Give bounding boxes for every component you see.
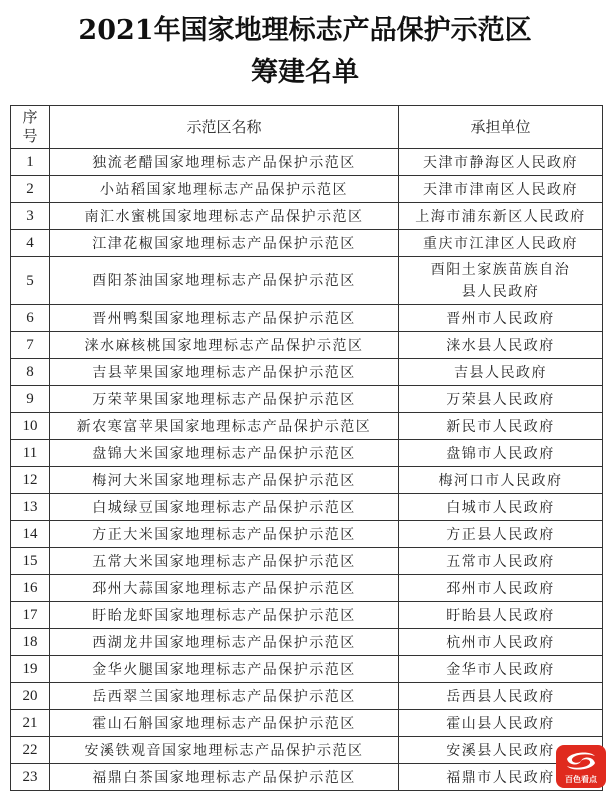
row-zone-name: 方正大米国家地理标志产品保护示范区 <box>50 521 399 548</box>
header-zone-name: 示范区名称 <box>50 106 399 149</box>
row-responsible-unit: 新民市人民政府 <box>399 413 603 440</box>
row-zone-name: 吉县苹果国家地理标志产品保护示范区 <box>50 359 399 386</box>
table-row: 6晋州鸭梨国家地理标志产品保护示范区晋州市人民政府 <box>11 305 603 332</box>
row-serial-number: 12 <box>11 467 50 494</box>
row-zone-name: 邳州大蒜国家地理标志产品保护示范区 <box>50 575 399 602</box>
table-row: 10新农寒富苹果国家地理标志产品保护示范区新民市人民政府 <box>11 413 603 440</box>
row-responsible-unit: 梅河口市人民政府 <box>399 467 603 494</box>
table-row: 7涞水麻核桃国家地理标志产品保护示范区涞水县人民政府 <box>11 332 603 359</box>
row-serial-number: 8 <box>11 359 50 386</box>
row-serial-number: 20 <box>11 683 50 710</box>
table-row: 23福鼎白茶国家地理标志产品保护示范区福鼎市人民政府 <box>11 764 603 791</box>
table-row: 11盘锦大米国家地理标志产品保护示范区盘锦市人民政府 <box>11 440 603 467</box>
row-responsible-unit: 岳西县人民政府 <box>399 683 603 710</box>
table-row: 12梅河大米国家地理标志产品保护示范区梅河口市人民政府 <box>11 467 603 494</box>
row-serial-number: 13 <box>11 494 50 521</box>
row-serial-number: 11 <box>11 440 50 467</box>
table-row: 16邳州大蒜国家地理标志产品保护示范区邳州市人民政府 <box>11 575 603 602</box>
row-zone-name: 小站稻国家地理标志产品保护示范区 <box>50 176 399 203</box>
header-serial-number: 序号 <box>11 106 50 149</box>
table-row: 14方正大米国家地理标志产品保护示范区方正县人民政府 <box>11 521 603 548</box>
row-responsible-unit: 晋州市人民政府 <box>399 305 603 332</box>
row-responsible-unit: 白城市人民政府 <box>399 494 603 521</box>
row-serial-number: 9 <box>11 386 50 413</box>
row-responsible-unit: 涞水县人民政府 <box>399 332 603 359</box>
row-serial-number: 19 <box>11 656 50 683</box>
row-zone-name: 江津花椒国家地理标志产品保护示范区 <box>50 230 399 257</box>
row-responsible-unit: 霍山县人民政府 <box>399 710 603 737</box>
table-row: 22安溪铁观音国家地理标志产品保护示范区安溪县人民政府 <box>11 737 603 764</box>
row-zone-name: 独流老醋国家地理标志产品保护示范区 <box>50 149 399 176</box>
table-row: 3南汇水蜜桃国家地理标志产品保护示范区上海市浦东新区人民政府 <box>11 203 603 230</box>
table-row: 17盱眙龙虾国家地理标志产品保护示范区盱眙县人民政府 <box>11 602 603 629</box>
row-responsible-unit: 金华市人民政府 <box>399 656 603 683</box>
row-serial-number: 17 <box>11 602 50 629</box>
table-row: 19金华火腿国家地理标志产品保护示范区金华市人民政府 <box>11 656 603 683</box>
table-row: 20岳西翠兰国家地理标志产品保护示范区岳西县人民政府 <box>11 683 603 710</box>
row-serial-number: 3 <box>11 203 50 230</box>
row-responsible-unit: 吉县人民政府 <box>399 359 603 386</box>
row-responsible-unit: 万荣县人民政府 <box>399 386 603 413</box>
swirl-logo-icon <box>564 750 598 772</box>
table-row: 2小站稻国家地理标志产品保护示范区天津市津南区人民政府 <box>11 176 603 203</box>
table-row: 4江津花椒国家地理标志产品保护示范区重庆市江津区人民政府 <box>11 230 603 257</box>
table-header-row: 序号 示范区名称 承担单位 <box>11 106 603 149</box>
row-responsible-unit: 重庆市江津区人民政府 <box>399 230 603 257</box>
row-responsible-unit: 五常市人民政府 <box>399 548 603 575</box>
table-row: 5酉阳茶油国家地理标志产品保护示范区酉阳土家族苗族自治县人民政府 <box>11 257 603 305</box>
header-responsible-unit: 承担单位 <box>399 106 603 149</box>
row-responsible-unit: 盘锦市人民政府 <box>399 440 603 467</box>
row-serial-number: 10 <box>11 413 50 440</box>
row-zone-name: 盱眙龙虾国家地理标志产品保护示范区 <box>50 602 399 629</box>
row-serial-number: 22 <box>11 737 50 764</box>
row-zone-name: 金华火腿国家地理标志产品保护示范区 <box>50 656 399 683</box>
row-serial-number: 6 <box>11 305 50 332</box>
row-zone-name: 梅河大米国家地理标志产品保护示范区 <box>50 467 399 494</box>
row-responsible-unit: 酉阳土家族苗族自治县人民政府 <box>399 257 603 305</box>
watermark-logo: 百色看点 <box>556 745 606 788</box>
row-serial-number: 23 <box>11 764 50 791</box>
row-serial-number: 14 <box>11 521 50 548</box>
row-zone-name: 盘锦大米国家地理标志产品保护示范区 <box>50 440 399 467</box>
row-responsible-unit: 盱眙县人民政府 <box>399 602 603 629</box>
table-row: 1独流老醋国家地理标志产品保护示范区天津市静海区人民政府 <box>11 149 603 176</box>
row-responsible-unit: 杭州市人民政府 <box>399 629 603 656</box>
row-serial-number: 16 <box>11 575 50 602</box>
row-zone-name: 涞水麻核桃国家地理标志产品保护示范区 <box>50 332 399 359</box>
document-title-line1: 2021年国家地理标志产品保护示范区 <box>0 8 610 47</box>
table-row: 8吉县苹果国家地理标志产品保护示范区吉县人民政府 <box>11 359 603 386</box>
row-serial-number: 7 <box>11 332 50 359</box>
row-zone-name: 霍山石斛国家地理标志产品保护示范区 <box>50 710 399 737</box>
row-zone-name: 南汇水蜜桃国家地理标志产品保护示范区 <box>50 203 399 230</box>
row-zone-name: 晋州鸭梨国家地理标志产品保护示范区 <box>50 305 399 332</box>
table-row: 21霍山石斛国家地理标志产品保护示范区霍山县人民政府 <box>11 710 603 737</box>
row-responsible-unit: 邳州市人民政府 <box>399 575 603 602</box>
table-row: 18西湖龙井国家地理标志产品保护示范区杭州市人民政府 <box>11 629 603 656</box>
table-row: 13白城绿豆国家地理标志产品保护示范区白城市人民政府 <box>11 494 603 521</box>
row-zone-name: 安溪铁观音国家地理标志产品保护示范区 <box>50 737 399 764</box>
row-zone-name: 福鼎白茶国家地理标志产品保护示范区 <box>50 764 399 791</box>
row-responsible-unit: 上海市浦东新区人民政府 <box>399 203 603 230</box>
demonstration-zone-table: 序号 示范区名称 承担单位 1独流老醋国家地理标志产品保护示范区天津市静海区人民… <box>10 105 603 791</box>
row-zone-name: 万荣苹果国家地理标志产品保护示范区 <box>50 386 399 413</box>
row-responsible-unit: 天津市津南区人民政府 <box>399 176 603 203</box>
row-serial-number: 1 <box>11 149 50 176</box>
table-row: 15五常大米国家地理标志产品保护示范区五常市人民政府 <box>11 548 603 575</box>
row-serial-number: 21 <box>11 710 50 737</box>
row-responsible-unit: 方正县人民政府 <box>399 521 603 548</box>
table-row: 9万荣苹果国家地理标志产品保护示范区万荣县人民政府 <box>11 386 603 413</box>
row-zone-name: 西湖龙井国家地理标志产品保护示范区 <box>50 629 399 656</box>
row-serial-number: 4 <box>11 230 50 257</box>
row-serial-number: 15 <box>11 548 50 575</box>
row-serial-number: 2 <box>11 176 50 203</box>
row-responsible-unit: 天津市静海区人民政府 <box>399 149 603 176</box>
document-title-line2: 筹建名单 <box>0 50 610 89</box>
row-zone-name: 白城绿豆国家地理标志产品保护示范区 <box>50 494 399 521</box>
row-serial-number: 18 <box>11 629 50 656</box>
row-zone-name: 岳西翠兰国家地理标志产品保护示范区 <box>50 683 399 710</box>
row-zone-name: 五常大米国家地理标志产品保护示范区 <box>50 548 399 575</box>
row-zone-name: 酉阳茶油国家地理标志产品保护示范区 <box>50 257 399 305</box>
row-serial-number: 5 <box>11 257 50 305</box>
watermark-text: 百色看点 <box>556 774 606 785</box>
row-zone-name: 新农寒富苹果国家地理标志产品保护示范区 <box>50 413 399 440</box>
